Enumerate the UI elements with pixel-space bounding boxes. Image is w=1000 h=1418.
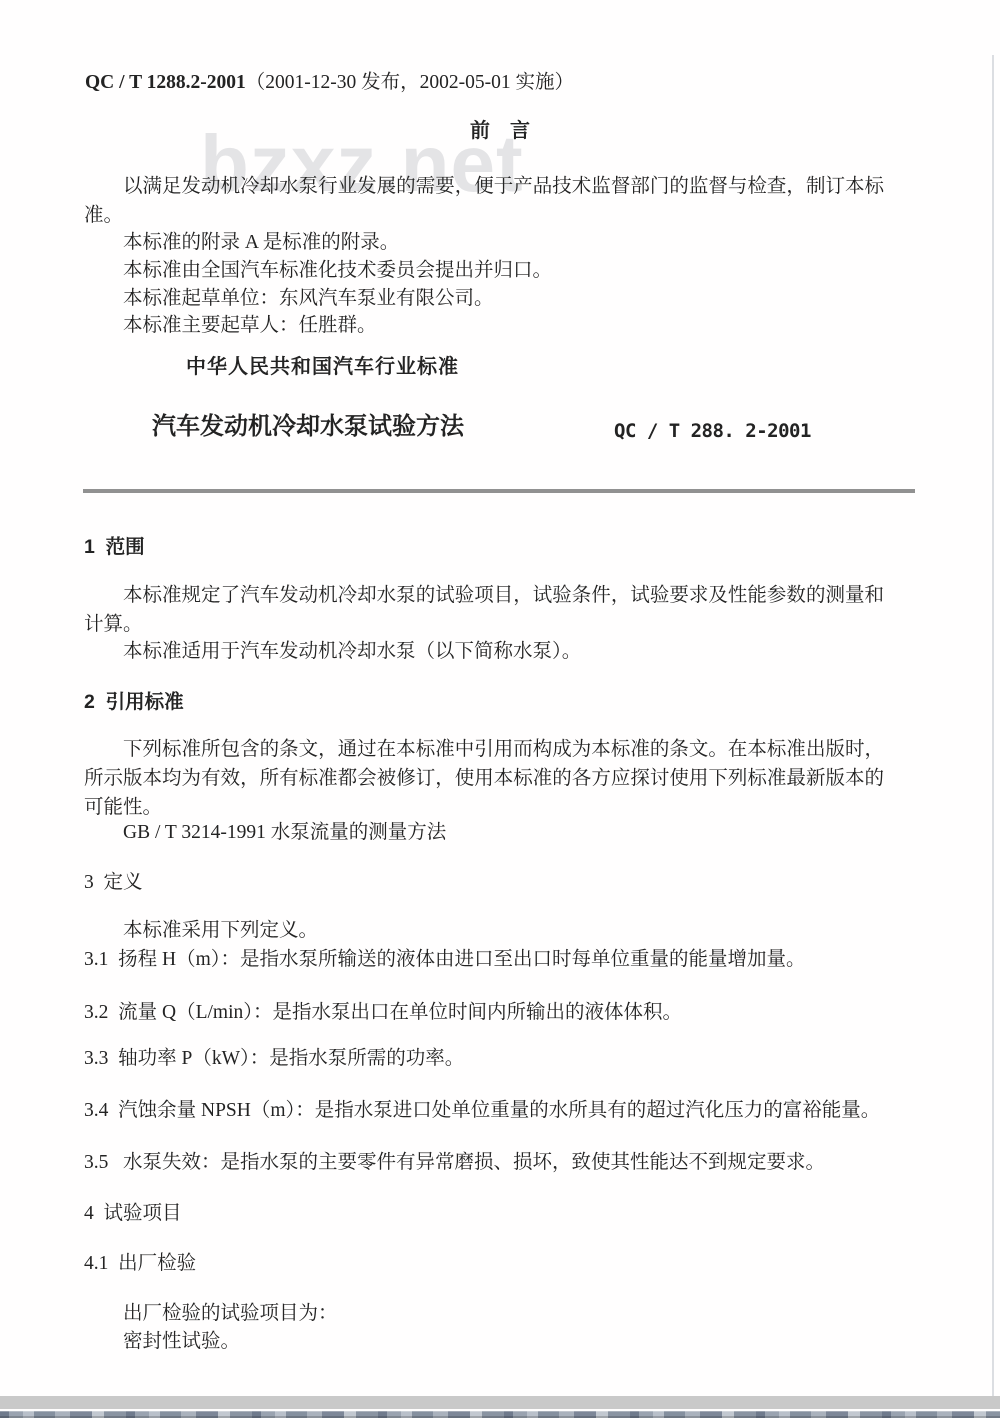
factory-inspection-line: 出厂检验的试验项目为：	[123, 1299, 338, 1328]
document-title: 汽车发动机冷却水泵试验方法	[152, 412, 464, 442]
standard-number: QC / T 1288.2-2001	[85, 72, 246, 93]
standard-dates: （2001-12-30 发布，2002-05-01 实施）	[246, 72, 574, 93]
definition-3-2: 3.2 流量 Q（L/min）：是指水泵出口在单位时间内所输出的液体体积。	[84, 998, 682, 1027]
definition-3-5: 3.5 水泵失效：是指水泵的主要零件有异常磨损、损坏，致使其性能达不到规定要求。	[84, 1148, 825, 1177]
foreword-appendix-line: 本标准的附录 A 是标准的附录。	[123, 228, 399, 257]
scan-footer-bar	[0, 1396, 1000, 1409]
section-2-reference-line: GB / T 3214-1991 水泵流量的测量方法	[123, 818, 446, 847]
foreword-draft-org-line: 本标准起草单位：东风汽车泵业有限公司。	[123, 284, 494, 313]
scanned-standard-page: bzxz.net QC / T 1288.2-2001（2001-12-30 发…	[0, 0, 1000, 1418]
section-1-heading: 1 范围	[84, 533, 145, 562]
section-1-scope-line: 本标准适用于汽车发动机冷却水泵（以下简称水泵）。	[123, 637, 581, 666]
section-3-heading: 3 定义	[84, 868, 143, 897]
section-2-heading: 2 引用标准	[84, 688, 184, 717]
foreword-drafter-line: 本标准主要起草人：任胜群。	[123, 311, 377, 340]
scan-page-edge	[992, 55, 994, 1396]
section-4-heading: 4 试验项目	[84, 1199, 182, 1228]
scan-footer-texture	[0, 1411, 1000, 1418]
section-1-paragraph: 本标准规定了汽车发动机冷却水泵的试验项目，试验条件，试验要求及性能参数的测量和计…	[84, 581, 884, 639]
foreword-committee-line: 本标准由全国汽车标准化技术委员会提出并归口。	[123, 256, 552, 285]
section-3-intro-line: 本标准采用下列定义。	[123, 916, 318, 945]
seal-test-line: 密封性试验。	[123, 1327, 240, 1356]
industry-standard-label: 中华人民共和国汽车行业标准	[186, 353, 459, 382]
document-header: QC / T 1288.2-2001（2001-12-30 发布，2002-05…	[85, 68, 574, 97]
section-divider-rule	[83, 489, 915, 493]
foreword-title: 前 言	[0, 117, 1000, 146]
definition-3-3: 3.3 轴功率 P（kW）：是指水泵所需的功率。	[84, 1044, 464, 1073]
section-4-1-heading: 4.1 出厂检验	[84, 1249, 196, 1278]
definition-3-1: 3.1 扬程 H（m）：是指水泵所输送的液体由进口至出口时每单位重量的能量增加量…	[84, 945, 806, 974]
foreword-intro-paragraph: 以满足发动机冷却水泵行业发展的需要，便于产品技术监督部门的监督与检查，制订本标准…	[84, 172, 884, 230]
definition-3-4: 3.4 汽蚀余量 NPSH（m）：是指水泵进口处单位重量的水所具有的超过汽化压力…	[84, 1096, 880, 1125]
document-number: QC / T 288. 2-2001	[614, 417, 811, 446]
section-2-paragraph: 下列标准所包含的条文，通过在本标准中引用而构成为本标准的条文。在本标准出版时，所…	[84, 735, 884, 822]
